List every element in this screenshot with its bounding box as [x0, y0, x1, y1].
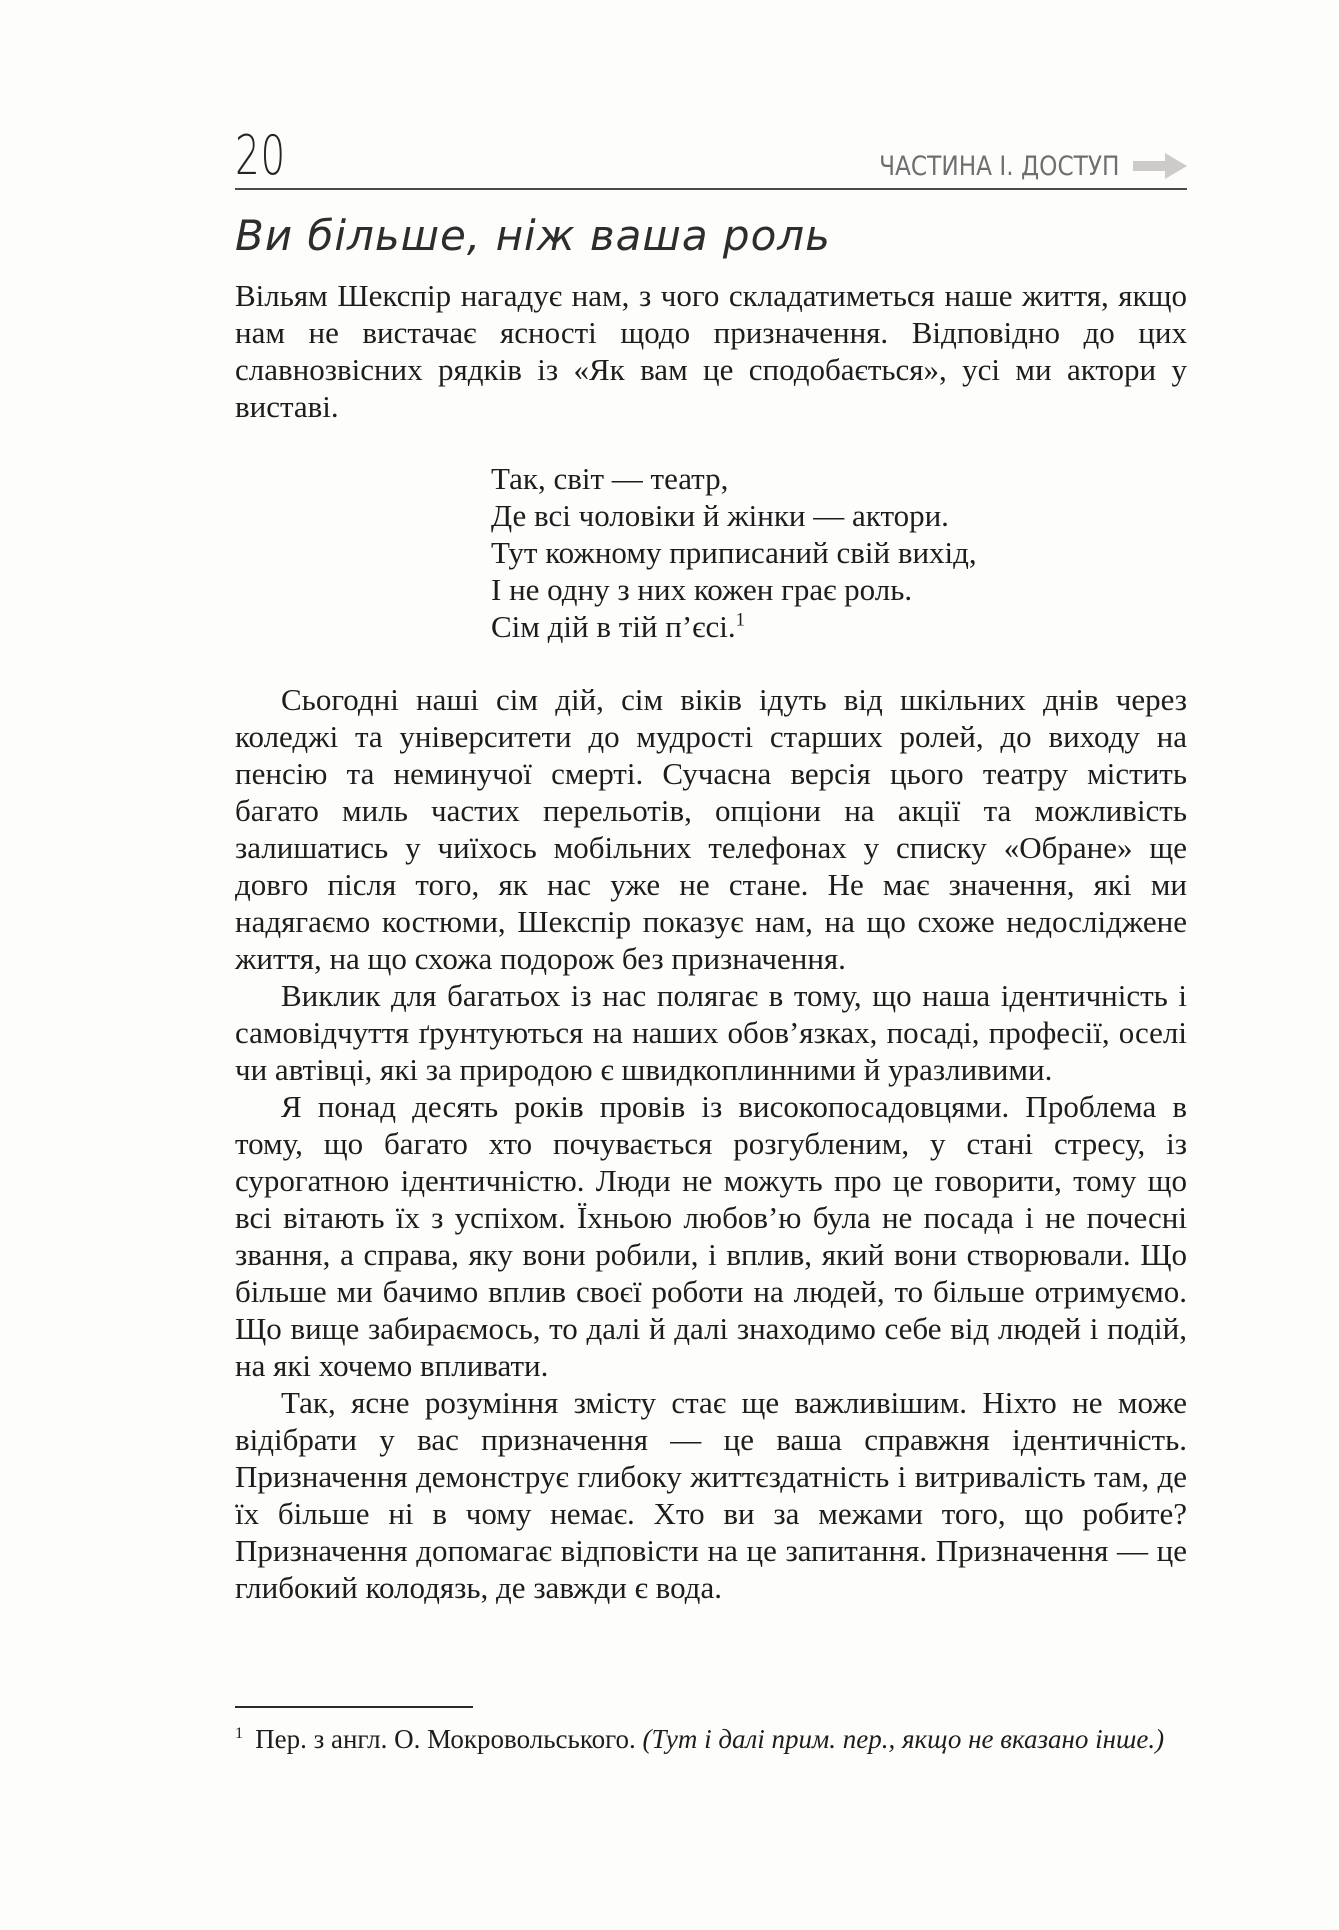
running-head: ЧАСТИНА І. ДОСТУП [840, 151, 1187, 181]
poem-quote: Так, світ — театр, Де всі чоловіки й жін… [491, 460, 1187, 645]
footnote-block: 1Пер. з англ. О. Мокровольського. (Тут і… [235, 1706, 1187, 1930]
footnote-text: 1Пер. з англ. О. Мокровольського. (Тут і… [235, 1721, 1187, 1758]
footnote-body: Пер. з англ. О. Мокровольського. [255, 1724, 642, 1754]
poem-line: Сім дій в тій п’єсі.1 [491, 608, 1187, 645]
poem-line-text: Сім дій в тій п’єсі. [491, 609, 736, 644]
paragraph: Так, ясне розуміння змісту стає ще важли… [235, 1384, 1187, 1606]
poem-line: Так, світ — театр, [491, 460, 1187, 497]
footnote-reference: 1 [736, 610, 745, 631]
paragraph: Вільям Шекспір нагадує нам, з чого склад… [235, 277, 1187, 425]
paragraph: Я понад десять років провів із високопос… [235, 1088, 1187, 1384]
paragraph: Сьогодні наші сім дій, сім віків ідуть в… [235, 681, 1187, 977]
running-head-label: ЧАСТИНА І. ДОСТУП [879, 153, 1119, 180]
poem-line: Тут кожному приписаний свій вихід, [491, 534, 1187, 571]
poem-line: І не одну з них кожен грає роль. [491, 571, 1187, 608]
page-number: 20 [235, 131, 286, 181]
book-page: 20 ЧАСТИНА І. ДОСТУП Ви більше, ніж ваша… [0, 0, 1339, 1930]
footnote-marker: 1 [235, 1724, 243, 1742]
footnote-note-italic: (Тут і далі прим. пер., якщо не вказано … [643, 1724, 1165, 1754]
running-header: 20 ЧАСТИНА І. ДОСТУП [235, 128, 1187, 190]
section-title: Ви більше, ніж ваша роль [235, 212, 1187, 260]
footnote-divider [235, 1706, 473, 1708]
poem-line: Де всі чоловіки й жінки — актори. [491, 497, 1187, 534]
arrow-right-icon [1133, 151, 1187, 181]
paragraph: Виклик для багатьох із нас полягає в том… [235, 977, 1187, 1088]
